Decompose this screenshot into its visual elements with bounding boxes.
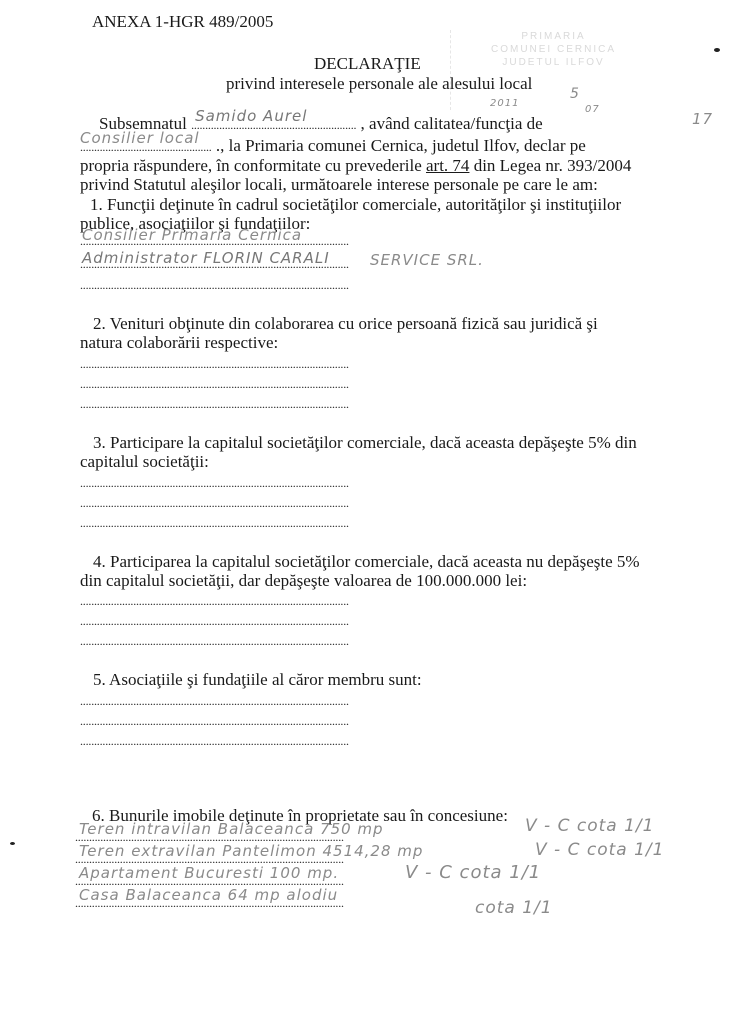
section-3-entry[interactable]: ........................................… xyxy=(80,474,349,492)
dotted-fill: ........................................… xyxy=(80,714,349,728)
scan-speck xyxy=(10,842,15,845)
section-4-heading-cont: din capitalul societăţii, dar depăşeşte … xyxy=(80,571,527,591)
handwritten-function: Consilier local xyxy=(80,128,200,148)
section-1-heading: 1. Funcţii deţinute în cadrul societăţil… xyxy=(90,195,621,215)
section-2-entry[interactable]: ........................................… xyxy=(80,355,349,373)
law-article-link[interactable]: art. 74 xyxy=(426,156,469,175)
intro-text: din Legea nr. 393/2004 xyxy=(469,156,631,175)
section-1-entry[interactable]: ........................................… xyxy=(80,276,349,294)
section-4-heading: 4. Participarea la capitalul societăţilo… xyxy=(93,552,640,572)
margin-note: 07 xyxy=(585,104,600,115)
name-field[interactable]: ........................................… xyxy=(191,114,360,133)
section-5-entry[interactable]: ........................................… xyxy=(80,712,349,730)
function-line: ........................................… xyxy=(80,136,586,157)
section-1-entry[interactable]: ........................................… xyxy=(80,232,349,250)
section-2-entry[interactable]: ........................................… xyxy=(80,395,349,413)
intro-line-3: propria răspundere, în conformitate cu p… xyxy=(80,156,631,176)
handwritten-entry: Consilier Primaria Cernica xyxy=(82,226,302,244)
scan-speck xyxy=(714,48,720,52)
dotted-fill: ........................................… xyxy=(80,278,349,292)
section-4-entry[interactable]: ........................................… xyxy=(80,632,349,650)
margin-note: 2011 xyxy=(490,98,519,109)
intro-text: propria răspundere, în conformitate cu p… xyxy=(80,156,426,175)
document-subtitle: privind interesele personale ale alesulu… xyxy=(226,74,532,94)
margin-note: 5 xyxy=(570,86,580,102)
section-2-heading: 2. Venituri obţinute din colaborarea cu … xyxy=(93,314,598,334)
section-4-entry[interactable]: ........................................… xyxy=(80,612,349,630)
intro-line-4: privind Statutul aleşilor locali, următo… xyxy=(80,175,598,195)
function-field[interactable]: ........................................… xyxy=(80,136,216,155)
section-3-heading-cont: capitalul societăţii: xyxy=(80,452,209,472)
dotted-fill: ........................................… xyxy=(80,397,349,411)
function-label: , având calitatea/funcţia de xyxy=(361,114,543,133)
section-2-heading-cont: natura colaborării respective: xyxy=(80,333,278,353)
dotted-fill: ........................................… xyxy=(80,496,349,510)
handwritten-entry-extra: cota 1/1 xyxy=(475,898,553,918)
handwritten-entry: Apartament Bucuresti 100 mp. xyxy=(79,864,339,882)
dotted-fill: ........................................… xyxy=(80,734,349,748)
dotted-fill: ........................................… xyxy=(80,377,349,391)
dotted-fill: ........................................… xyxy=(80,516,349,530)
dotted-fill: ........................................… xyxy=(80,476,349,490)
section-3-entry[interactable]: ........................................… xyxy=(80,514,349,532)
section-4-entry[interactable]: ........................................… xyxy=(80,592,349,610)
handwritten-entry: Administrator FLORIN CARALI xyxy=(82,249,330,267)
stamp-line: PRIMARIA xyxy=(451,30,656,43)
document-title: DECLARAŢIE xyxy=(314,54,421,74)
stamp-line: JUDETUL ILFOV xyxy=(451,56,656,69)
section-3-heading: 3. Participare la capitalul societăţilor… xyxy=(93,433,637,453)
section-3-entry[interactable]: ........................................… xyxy=(80,494,349,512)
handwritten-entry: Teren intravilan Balaceanca 750 mp xyxy=(79,820,384,838)
margin-note: 17 xyxy=(692,110,713,128)
section-5-entry[interactable]: ........................................… xyxy=(80,692,349,710)
section-5-heading: 5. Asociaţiile şi fundaţiile al căror me… xyxy=(93,670,422,690)
section-6-entry[interactable]: ........................................… xyxy=(75,894,344,912)
dotted-fill: ........................................… xyxy=(80,594,349,608)
handwritten-entry: Casa Balaceanca 64 mp alodiu xyxy=(79,886,338,904)
stamp-line: COMUNEI CERNICA xyxy=(451,43,656,56)
dotted-fill: ........................................… xyxy=(80,614,349,628)
handwritten-entry: Teren extravilan Pantelimon 4514,28 mp xyxy=(79,842,423,860)
handwritten-entry-extra: SERVICE SRL. xyxy=(370,251,484,269)
dotted-fill: ........................................… xyxy=(80,694,349,708)
section-2-entry[interactable]: ........................................… xyxy=(80,375,349,393)
annex-reference: ANEXA 1-HGR 489/2005 xyxy=(92,12,273,32)
section-5-entry[interactable]: ........................................… xyxy=(80,732,349,750)
handwritten-entry-extra: V - C cota 1/1 xyxy=(405,862,541,883)
handwritten-entry-extra: V - C cota 1/1 xyxy=(535,840,664,860)
registration-stamp: PRIMARIA COMUNEI CERNICA JUDETUL ILFOV xyxy=(450,30,656,110)
handwritten-entry-extra: V - C cota 1/1 xyxy=(525,816,654,836)
section-1-entry[interactable]: ........................................… xyxy=(80,255,349,273)
dotted-fill: ........................................… xyxy=(80,634,349,648)
dotted-fill: ........................................… xyxy=(80,357,349,371)
handwritten-name: Samido Aurel xyxy=(195,106,307,126)
primaria-text: ., la Primaria comunei Cernica, judetul … xyxy=(216,136,586,155)
